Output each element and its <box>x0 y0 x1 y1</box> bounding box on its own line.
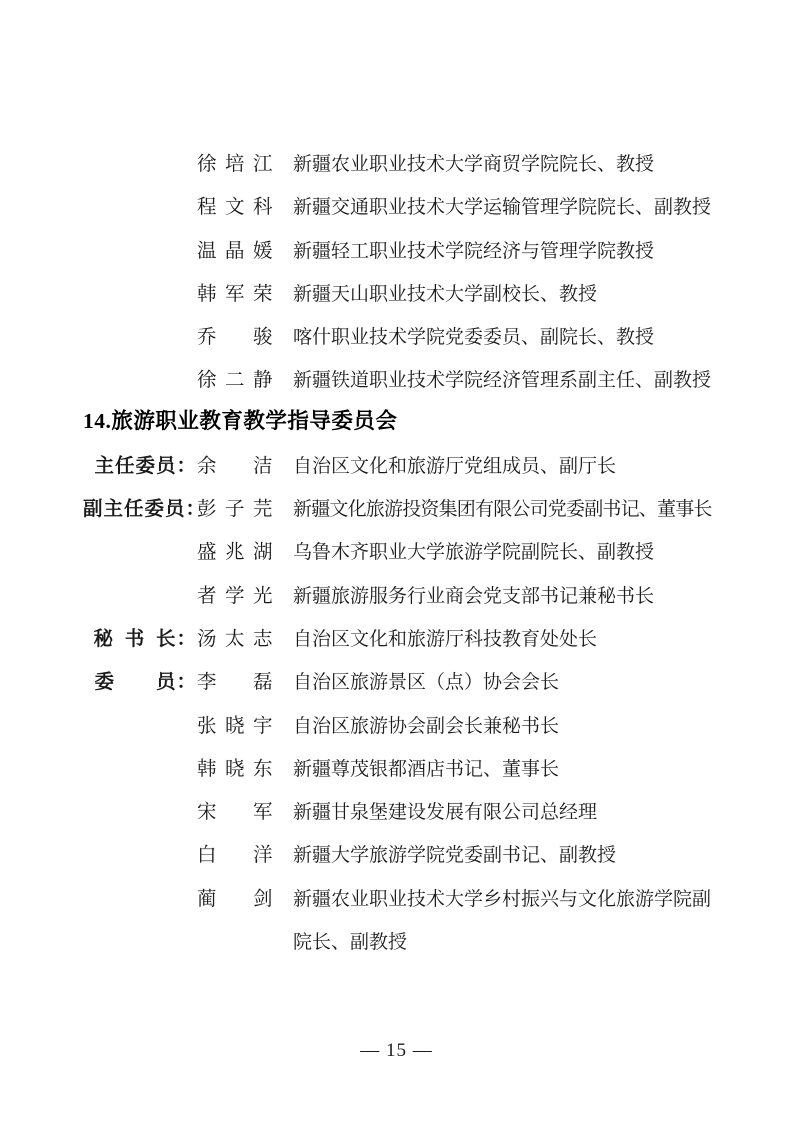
member-title: 新疆旅游服务行业商会党支部书记兼秘书长 <box>293 575 713 618</box>
member-row: 徐二静 新疆铁道职业技术学院经济管理系副主任、副教授 <box>83 359 713 402</box>
member-title: 新疆甘泉堡建设发展有限公司总经理 <box>293 791 713 834</box>
member-row: 副主任委员： 彭子芫 新疆文化旅游投资集团有限公司党委副书记、董事长 <box>83 488 713 531</box>
member-name: 余 洁 <box>197 445 293 488</box>
member-title: 自治区文化和旅游厅科技教育处处长 <box>293 618 713 661</box>
member-name: 乔 骏 <box>197 316 293 359</box>
member-row: 蔺 剑 新疆农业职业技术大学乡村振兴与文化旅游学院副院长、副教授 <box>83 878 713 965</box>
member-row: 韩晓东 新疆尊茂银都酒店书记、董事长 <box>83 748 713 791</box>
member-name: 蔺 剑 <box>197 878 293 921</box>
member-name: 者学光 <box>197 575 293 618</box>
member-name: 白 洋 <box>197 834 293 877</box>
member-title: 新疆农业职业技术大学商贸学院院长、教授 <box>293 143 713 186</box>
role-label: 主任委员： <box>83 445 197 488</box>
member-row: 主任委员： 余 洁 自治区文化和旅游厅党组成员、副厅长 <box>83 445 713 488</box>
member-row: 程文科 新疆交通职业技术大学运输管理学院院长、副教授 <box>83 186 713 229</box>
member-name: 汤太志 <box>197 618 293 661</box>
section-heading: 14.旅游职业教育教学指导委员会 <box>83 403 713 439</box>
previous-committee-member-list: 徐培江 新疆农业职业技术大学商贸学院院长、教授 程文科 新疆交通职业技术大学运输… <box>83 143 713 403</box>
member-title: 新疆铁道职业技术学院经济管理系副主任、副教授 <box>293 359 713 402</box>
member-title: 自治区旅游景区（点）协会会长 <box>293 661 713 704</box>
member-title: 新疆文化旅游投资集团有限公司党委副书记、董事长 <box>293 488 713 531</box>
member-row: 徐培江 新疆农业职业技术大学商贸学院院长、教授 <box>83 143 713 186</box>
member-row: 秘 书 长： 汤太志 自治区文化和旅游厅科技教育处处长 <box>83 618 713 661</box>
member-title: 新疆大学旅游学院党委副书记、副教授 <box>293 834 713 877</box>
member-title: 乌鲁木齐职业大学旅游学院副院长、副教授 <box>293 531 713 574</box>
member-title: 新疆农业职业技术大学乡村振兴与文化旅游学院副院长、副教授 <box>293 878 713 965</box>
member-row: 委 员： 李 磊 自治区旅游景区（点）协会会长 <box>83 661 713 704</box>
member-row: 者学光 新疆旅游服务行业商会党支部书记兼秘书长 <box>83 575 713 618</box>
member-row: 韩军荣 新疆天山职业技术大学副校长、教授 <box>83 273 713 316</box>
member-title: 新疆尊茂银都酒店书记、董事长 <box>293 748 713 791</box>
member-title: 新疆轻工职业技术学院经济与管理学院教授 <box>293 230 713 273</box>
member-title: 喀什职业技术学院党委委员、副院长、教授 <box>293 316 713 359</box>
member-row: 乔 骏 喀什职业技术学院党委委员、副院长、教授 <box>83 316 713 359</box>
member-name: 李 磊 <box>197 661 293 704</box>
member-name: 盛兆湖 <box>197 531 293 574</box>
member-name: 韩晓东 <box>197 748 293 791</box>
role-label: 秘 书 长： <box>83 618 197 661</box>
member-name: 徐二静 <box>197 359 293 402</box>
member-row: 温晶媛 新疆轻工职业技术学院经济与管理学院教授 <box>83 230 713 273</box>
member-name: 宋 军 <box>197 791 293 834</box>
member-name: 程文科 <box>197 186 293 229</box>
role-label: 副主任委员： <box>83 488 197 531</box>
document-page: 徐培江 新疆农业职业技术大学商贸学院院长、教授 程文科 新疆交通职业技术大学运输… <box>0 0 793 1122</box>
member-name: 温晶媛 <box>197 230 293 273</box>
member-row: 张晓宇 自治区旅游协会副会长兼秘书长 <box>83 705 713 748</box>
member-title: 新疆交通职业技术大学运输管理学院院长、副教授 <box>293 186 713 229</box>
member-name: 彭子芫 <box>197 488 293 531</box>
member-name: 韩军荣 <box>197 273 293 316</box>
role-label: 委 员： <box>83 661 197 704</box>
page-number: — 15 — <box>0 1040 793 1062</box>
member-row: 白 洋 新疆大学旅游学院党委副书记、副教授 <box>83 834 713 877</box>
member-row: 盛兆湖 乌鲁木齐职业大学旅游学院副院长、副教授 <box>83 531 713 574</box>
member-name: 张晓宇 <box>197 705 293 748</box>
member-title: 自治区文化和旅游厅党组成员、副厅长 <box>293 445 713 488</box>
member-title: 自治区旅游协会副会长兼秘书长 <box>293 705 713 748</box>
member-title: 新疆天山职业技术大学副校长、教授 <box>293 273 713 316</box>
committee14-member-list: 主任委员： 余 洁 自治区文化和旅游厅党组成员、副厅长 副主任委员： 彭子芫 新… <box>83 445 713 965</box>
member-name: 徐培江 <box>197 143 293 186</box>
member-row: 宋 军 新疆甘泉堡建设发展有限公司总经理 <box>83 791 713 834</box>
